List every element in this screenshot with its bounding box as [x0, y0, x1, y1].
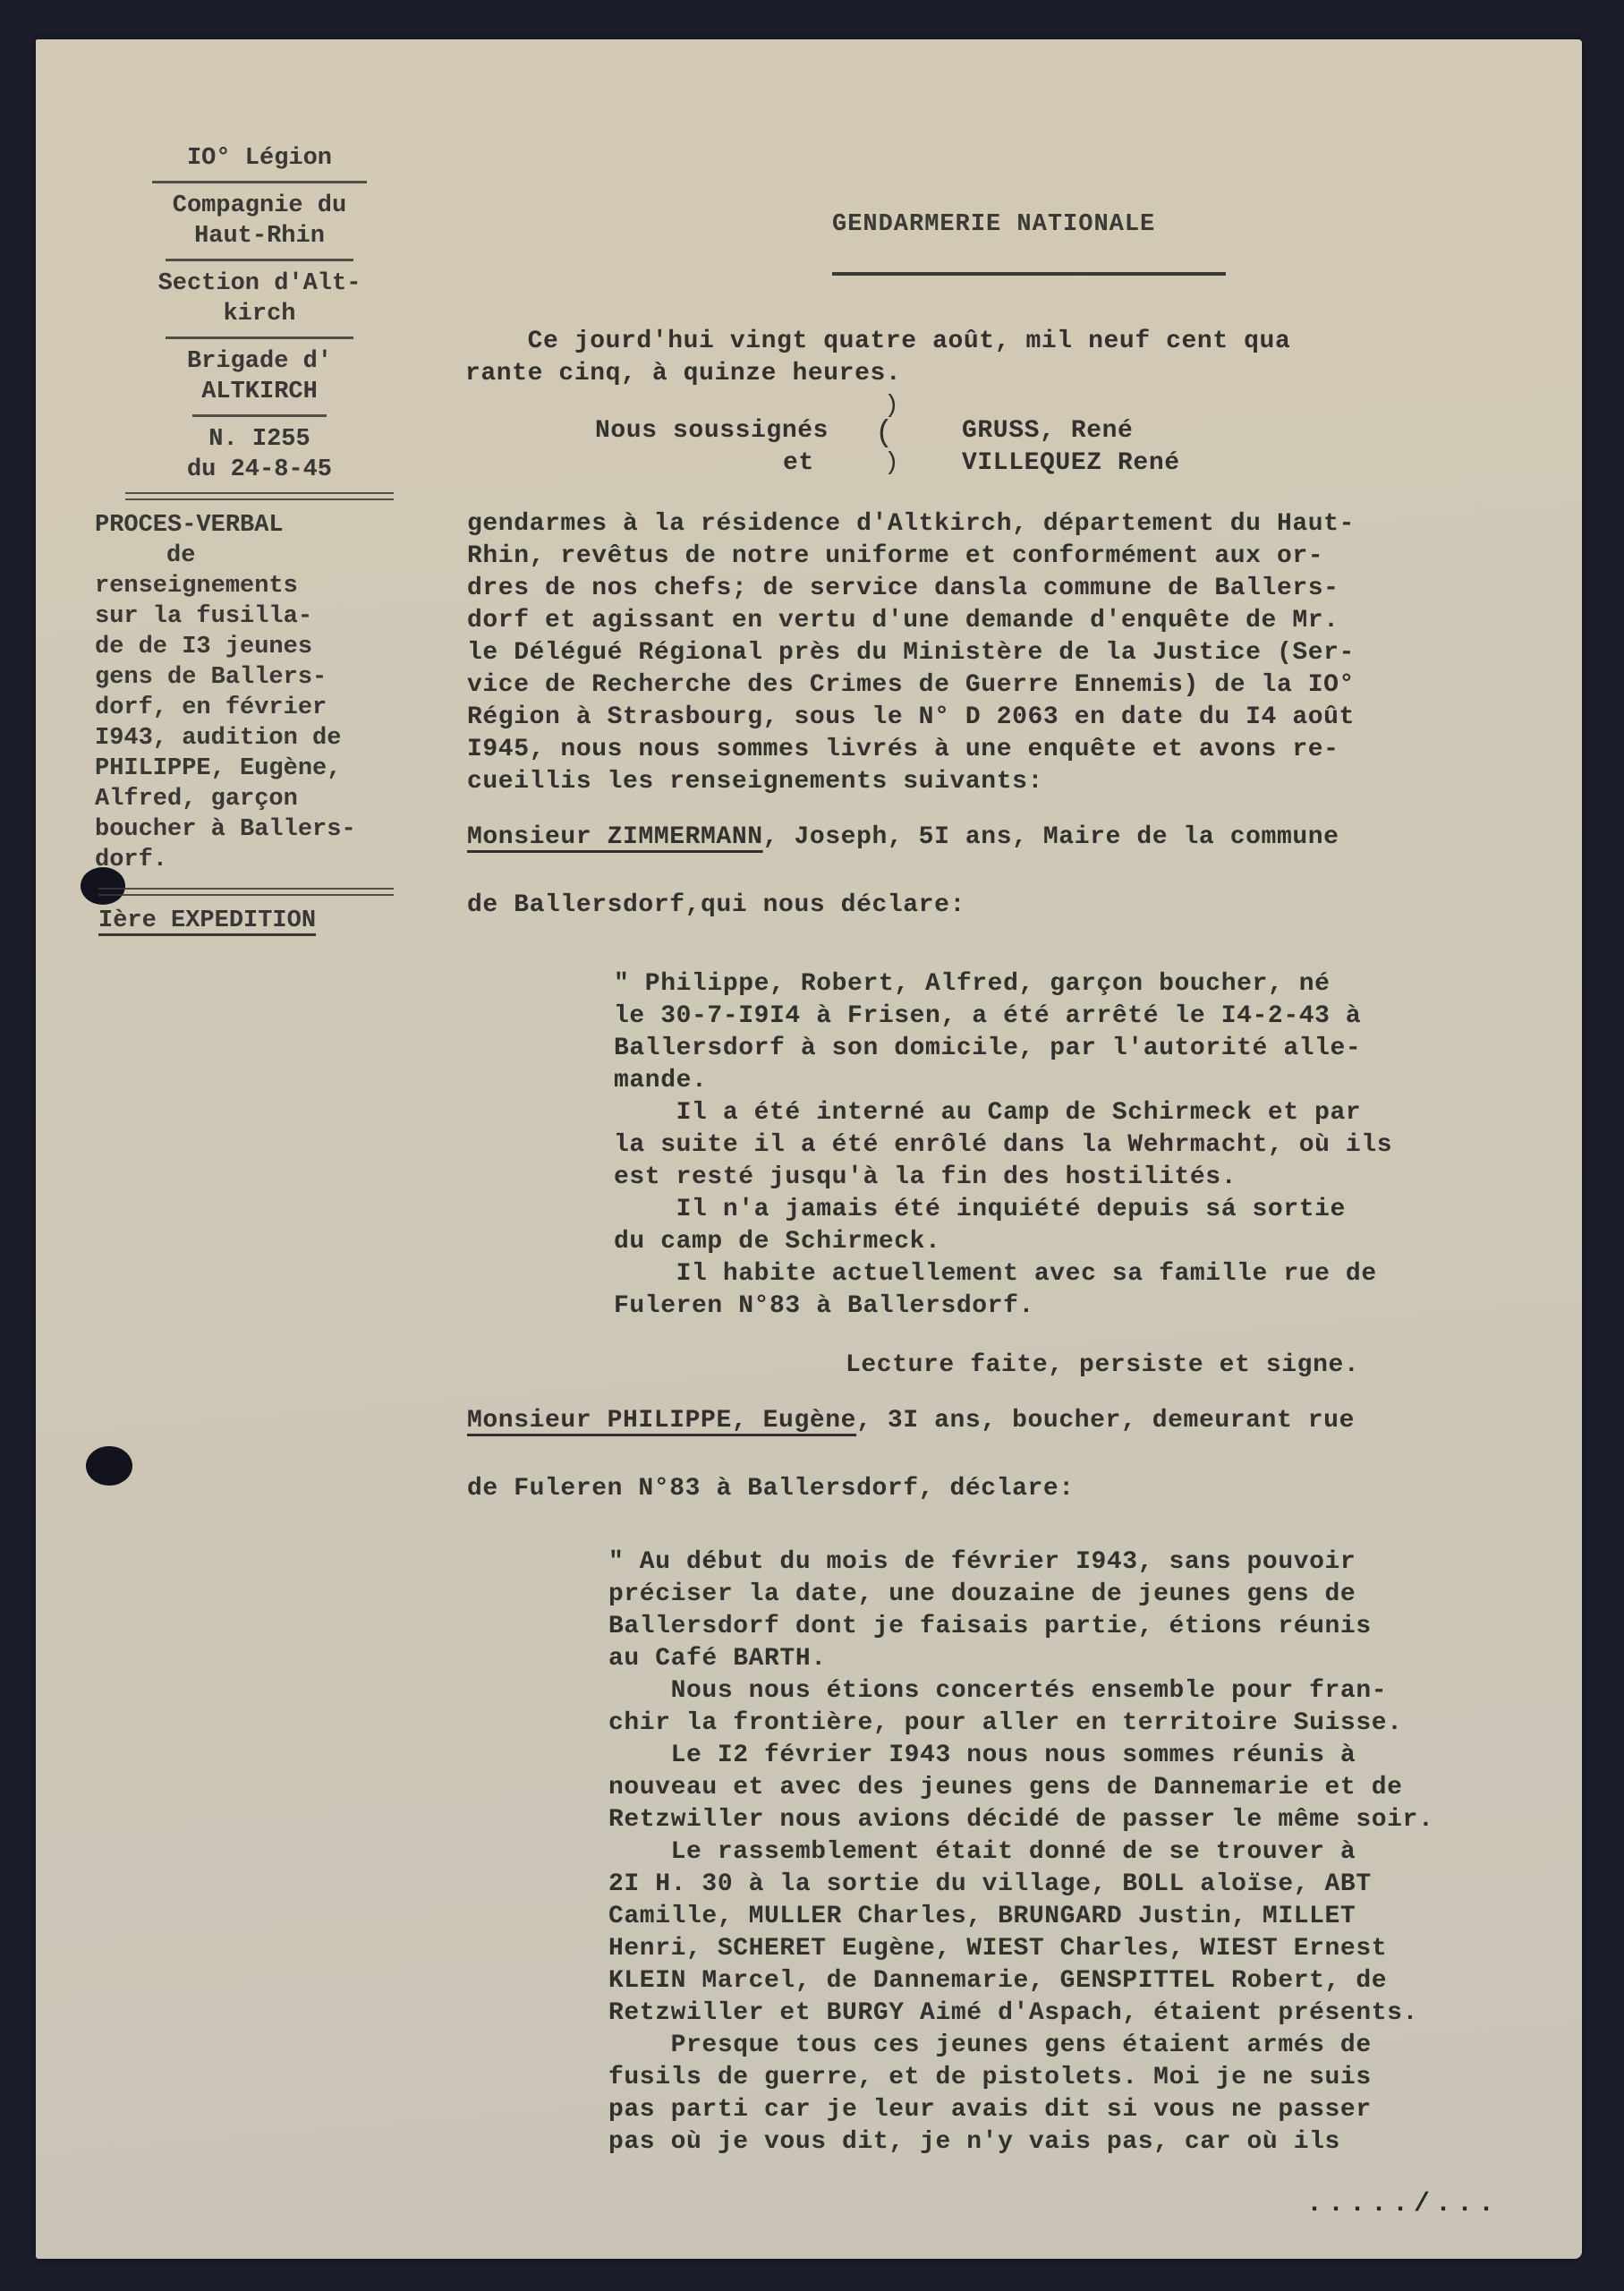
- statement-line: Ballersdorf dont je faisais partie, étio…: [608, 1613, 1372, 1640]
- text-line: Rhin, revêtus de notre uniforme et confo…: [467, 542, 1323, 570]
- statement-line: est resté jusqu'à la fin des hostilités.: [614, 1163, 1237, 1191]
- double-divider: [125, 492, 394, 494]
- statement-line: Il a été interné au Camp de Schirmeck et…: [614, 1099, 1361, 1127]
- compagnie-line-2: Haut-Rhin: [72, 221, 447, 251]
- subject-line: renseignements: [95, 571, 447, 601]
- expedition-label: Ière EXPEDITION: [72, 906, 447, 936]
- text-line: de Fuleren N°83 à Ballersdorf, déclare:: [467, 1475, 1075, 1503]
- subject-line: dorf.: [95, 845, 447, 875]
- document-page: IO° Légion Compagnie du Haut-Rhin Sectio…: [36, 39, 1582, 2259]
- statement-line: Ballersdorf à son domicile, par l'autori…: [614, 1035, 1361, 1062]
- pv-number: N. I255: [72, 424, 447, 455]
- witness-details: , 3I ans, boucher, demeurant rue: [856, 1407, 1355, 1435]
- statement-line: fusils de guerre, et de pistolets. Moi j…: [608, 2064, 1372, 2091]
- subject-line: sur la fusilla-: [95, 601, 447, 632]
- pv-date: du 24-8-45: [72, 455, 447, 485]
- closing-formula: Lecture faite, persiste et signe.: [846, 1351, 1359, 1379]
- margin-column: IO° Légion Compagnie du Haut-Rhin Sectio…: [72, 143, 447, 936]
- subject-line: I943, audition de: [95, 723, 447, 754]
- statement-line: 2I H. 30 à la sortie du village, BOLL al…: [608, 1870, 1372, 1898]
- bracket: ): [884, 449, 899, 477]
- continuation-mark: ...../...: [1306, 2189, 1500, 2219]
- text-line: I945, nous nous sommes livrés à une enqu…: [467, 736, 1339, 763]
- statement-line: Camille, MULLER Charles, BRUNGARD Justin…: [608, 1903, 1356, 1930]
- statement-line: Le rassemblement était donné de se trouv…: [608, 1838, 1356, 1866]
- divider: [166, 336, 353, 339]
- statement-line: chir la frontière, pour aller en territo…: [608, 1709, 1403, 1737]
- intro-line: Ce jourd'hui vingt quatre août, mil neuf…: [465, 328, 1290, 355]
- text-line: le Délégué Régional près du Ministère de…: [467, 639, 1355, 667]
- title-underline: [832, 272, 1226, 276]
- text-line: dorf et agissant en vertu d'une demande …: [467, 607, 1339, 634]
- statement-line: du camp de Schirmeck.: [614, 1228, 940, 1256]
- statement-line: au Café BARTH.: [608, 1645, 827, 1673]
- subject-block: PROCES-VERBAL de renseignements sur la f…: [72, 510, 447, 875]
- subject-line: de de I3 jeunes: [95, 632, 447, 662]
- signatory-name: VILLEQUEZ René: [962, 449, 1180, 477]
- subject-line: Alfred, garçon: [95, 784, 447, 814]
- brigade-line-1: Brigade d': [72, 346, 447, 377]
- statement-line: préciser la date, une douzaine de jeunes…: [608, 1580, 1356, 1608]
- subject-line: PROCES-VERBAL: [95, 510, 447, 541]
- subject-line: boucher à Ballers-: [95, 814, 447, 845]
- statement-line: Nous nous étions concertés ensemble pour…: [608, 1677, 1387, 1705]
- statement-line: Fuleren N°83 à Ballersdorf.: [614, 1292, 1034, 1320]
- witness-heading: Monsieur PHILIPPE, Eugène, 3I ans, bouch…: [467, 1407, 1355, 1435]
- divider: [166, 259, 353, 261]
- witness-heading: Monsieur ZIMMERMANN, Joseph, 5I ans, Mai…: [467, 823, 1339, 851]
- statement-line: " Au début du mois de février I943, sans…: [608, 1548, 1356, 1576]
- statement-line: KLEIN Marcel, de Dannemarie, GENSPITTEL …: [608, 1967, 1387, 1995]
- page-title: GENDARMERIE NATIONALE: [832, 211, 1155, 238]
- statement-line: Henri, SCHERET Eugène, WIEST Charles, WI…: [608, 1935, 1387, 1963]
- brigade-line-2: ALTKIRCH: [72, 377, 447, 407]
- compagnie-line-1: Compagnie du: [72, 191, 447, 221]
- witness-name: Monsieur PHILIPPE, Eugène: [467, 1407, 856, 1435]
- statement-line: pas où je vous dit, je n'y vais pas, car…: [608, 2128, 1340, 2156]
- subject-line: PHILIPPE, Eugène,: [95, 754, 447, 784]
- statement-line: la suite il a été enrôlé dans la Wehrmac…: [614, 1131, 1392, 1159]
- double-divider: [98, 888, 394, 890]
- legion-label: IO° Légion: [72, 143, 447, 174]
- subject-line: gens de Ballers-: [95, 662, 447, 693]
- text-line: cueillis les renseignements suivants:: [467, 768, 1043, 796]
- subject-line: de: [95, 541, 447, 571]
- subject-line: dorf, en février: [95, 693, 447, 723]
- witness-name: Monsieur ZIMMERMANN: [467, 823, 763, 851]
- text-line: dres de nos chefs; de service dansla com…: [467, 575, 1339, 602]
- statement-line: Le I2 février I943 nous nous sommes réun…: [608, 1742, 1356, 1769]
- statement-line: " Philippe, Robert, Alfred, garçon bouch…: [614, 970, 1331, 998]
- statement-line: Il habite actuellement avec sa famille r…: [614, 1260, 1377, 1288]
- statement-line: Retzwiller nous avions décidé de passer …: [608, 1806, 1433, 1834]
- divider: [192, 414, 327, 417]
- witness-details: , Joseph, 5I ans, Maire de la commune: [763, 823, 1339, 851]
- statement-line: le 30-7-I9I4 à Frisen, a été arrêté le I…: [614, 1002, 1361, 1030]
- text-line: vice de Recherche des Crimes de Guerre E…: [467, 671, 1355, 699]
- bracket: (: [875, 417, 894, 451]
- statement-line: nouveau et avec des jeunes gens de Danne…: [608, 1774, 1403, 1801]
- intro-line: rante cinq, à quinze heures.: [465, 360, 901, 388]
- text-line: gendarmes à la résidence d'Altkirch, dép…: [467, 510, 1355, 538]
- punch-hole-bottom: [86, 1446, 132, 1486]
- text-line: de Ballersdorf,qui nous déclare:: [467, 891, 965, 919]
- divider: [152, 181, 367, 183]
- signatories-conj: et: [783, 449, 814, 477]
- signatories-label: Nous soussignés: [595, 417, 829, 445]
- text-line: Région à Strasbourg, sous le N° D 2063 e…: [467, 703, 1355, 731]
- signatory-name: GRUSS, René: [962, 417, 1133, 445]
- statement-line: pas parti car je leur avais dit si vous …: [608, 2096, 1372, 2124]
- statement-line: Retzwiller et BURGY Aimé d'Aspach, étaie…: [608, 1999, 1418, 2027]
- statement-line: Presque tous ces jeunes gens étaient arm…: [608, 2031, 1372, 2059]
- bracket: ): [884, 392, 899, 420]
- statement-line: mande.: [614, 1067, 707, 1094]
- statement-line: Il n'a jamais été inquiété depuis sá sor…: [614, 1196, 1346, 1223]
- section-line-2: kirch: [72, 299, 447, 329]
- section-line-1: Section d'Alt-: [72, 268, 447, 299]
